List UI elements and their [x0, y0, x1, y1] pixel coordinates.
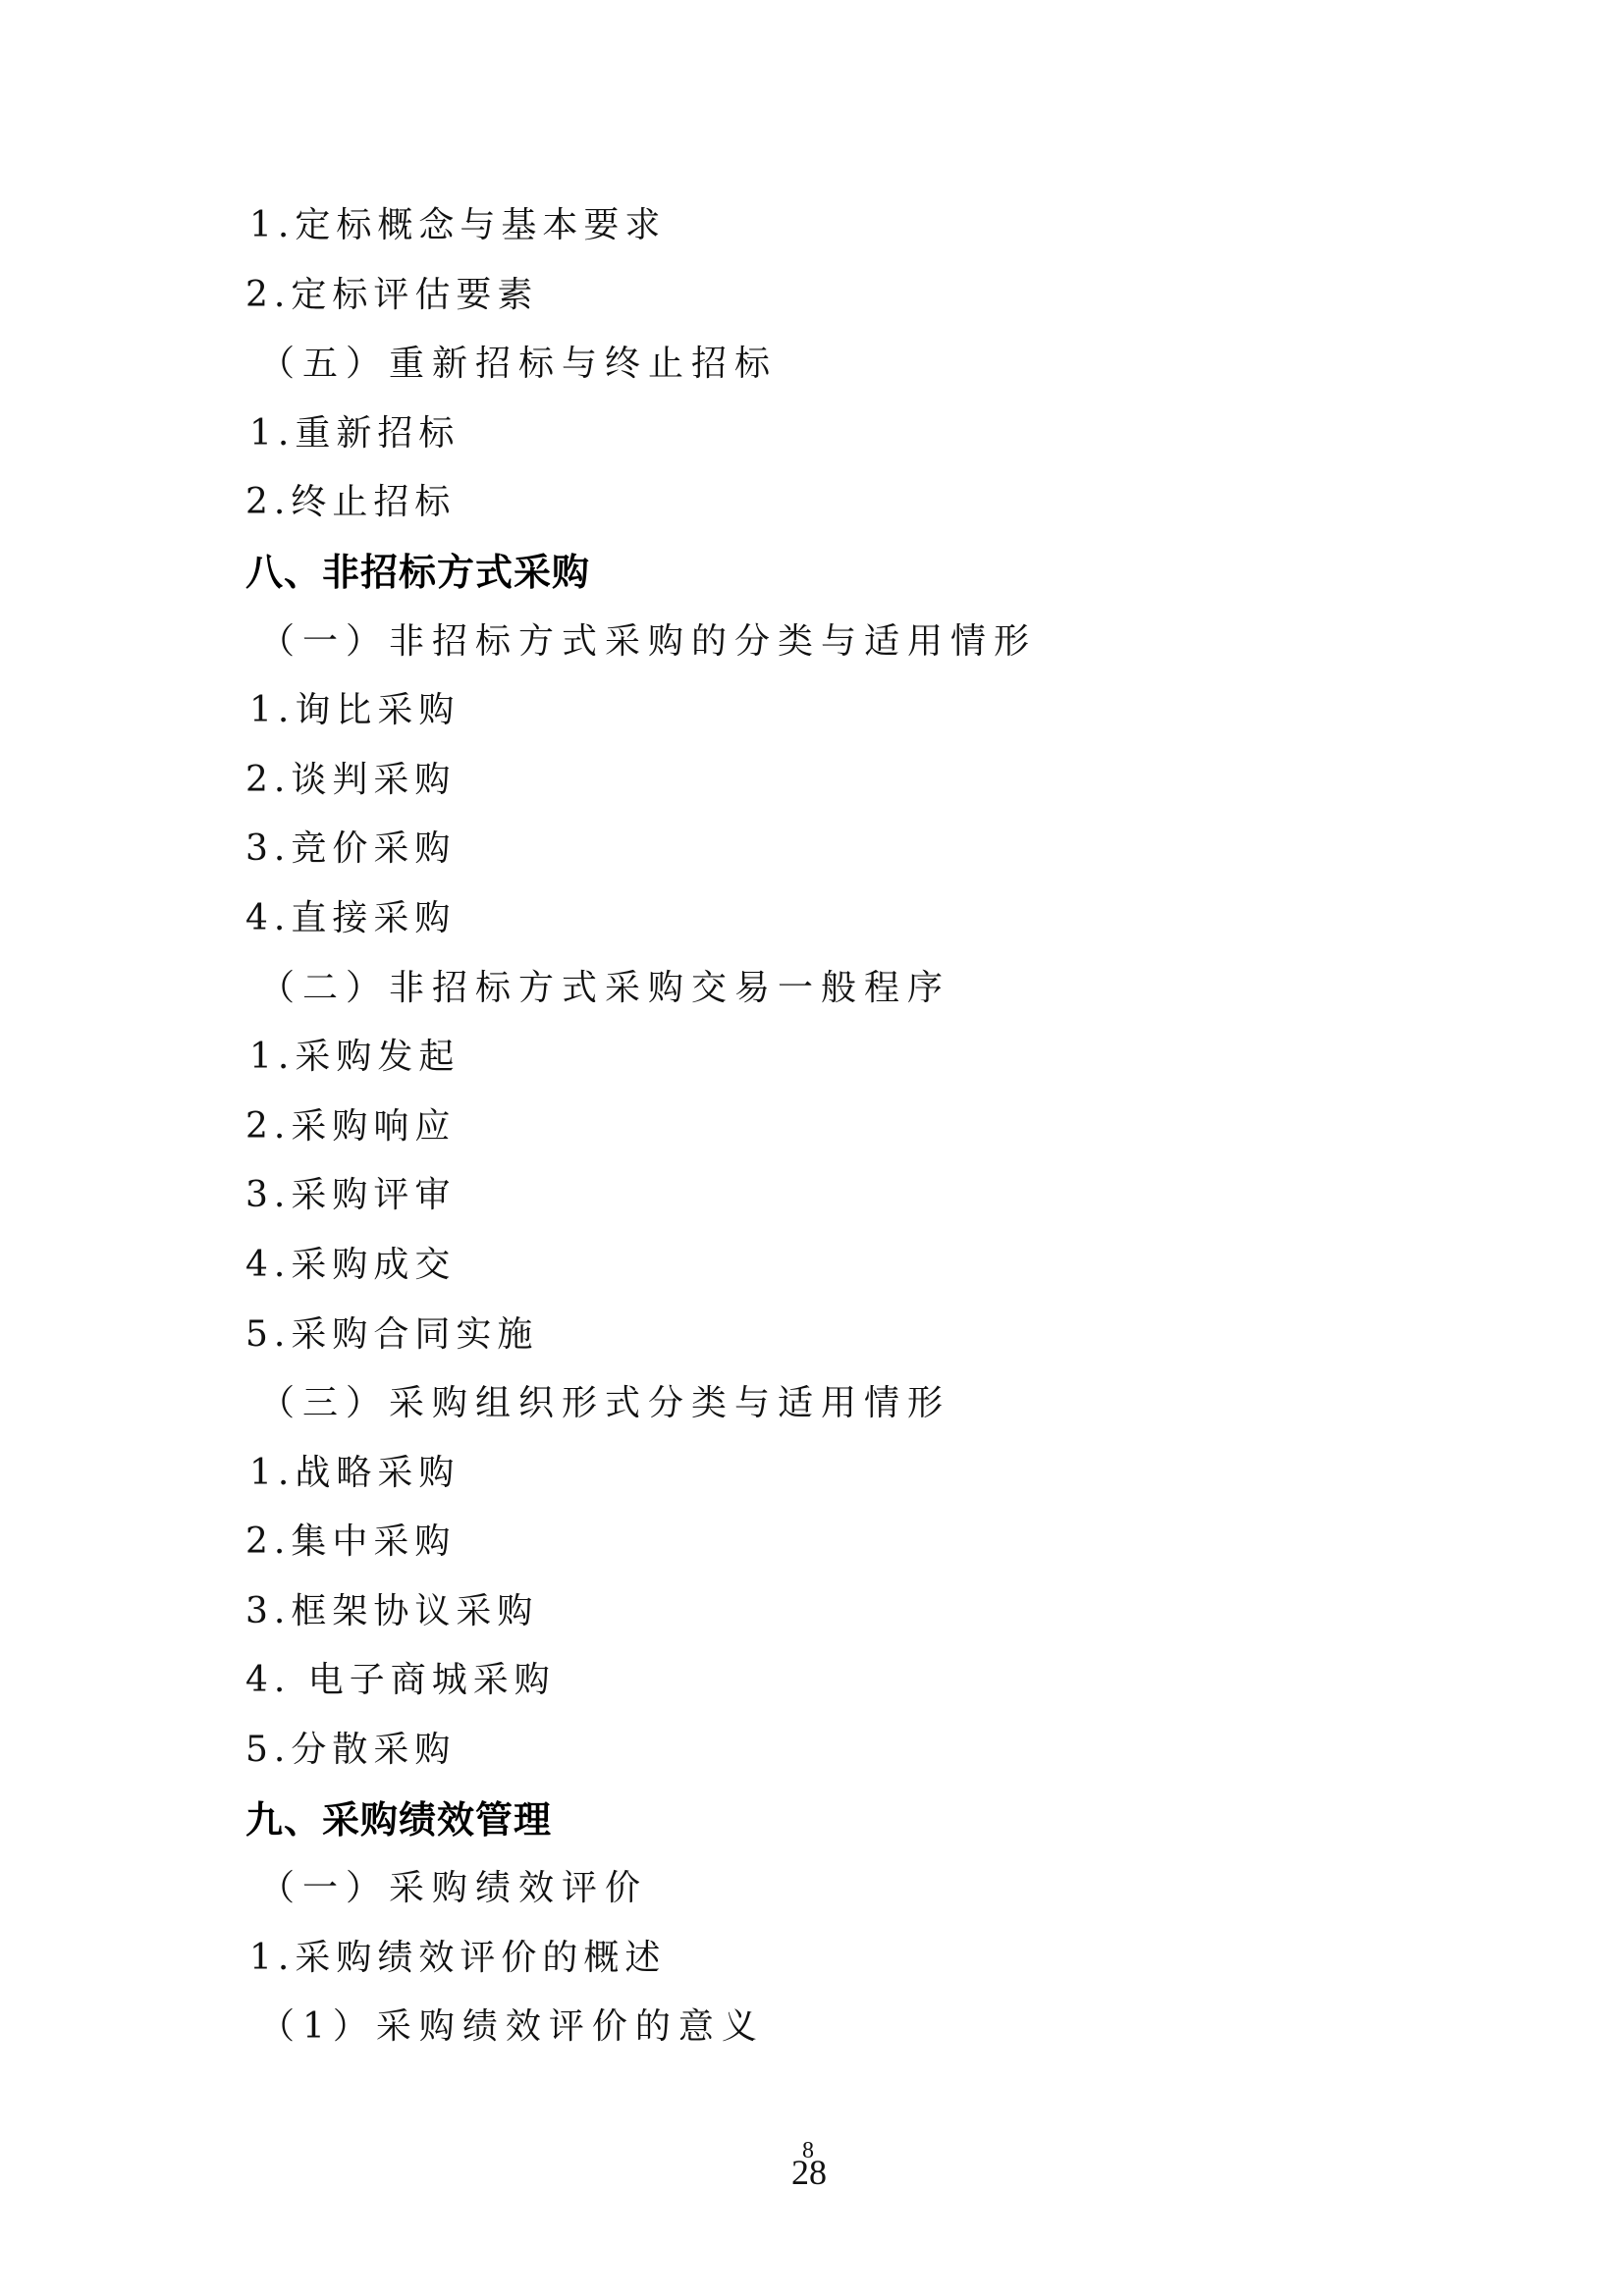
section-heading: 九、采购绩效管理	[245, 1792, 1424, 1862]
outline-item: 5.采购合同实施	[245, 1308, 1424, 1377]
outline-item: 5.分散采购	[245, 1723, 1424, 1792]
section-heading: 八、非招标方式采购	[245, 545, 1424, 614]
page-number: 28 8	[791, 2152, 827, 2193]
outline-item: 3.采购评审	[245, 1168, 1424, 1238]
outline-item: 2.集中采购	[245, 1515, 1424, 1584]
outline-subsection: （1）采购绩效评价的意义	[245, 2000, 1424, 2069]
outline-subsection: （三）采购组织形式分类与适用情形	[245, 1376, 1424, 1446]
outline-item: 1.战略采购	[245, 1446, 1424, 1516]
page-number-overlap-artifact: 8	[802, 2138, 814, 2164]
outline-item: 1.询比采购	[245, 683, 1424, 753]
outline-item: 1.重新招标	[245, 406, 1424, 476]
outline-item: 2.终止招标	[245, 475, 1424, 545]
outline-item: 1.采购绩效评价的概述	[245, 1931, 1424, 2001]
document-page: 1.定标概念与基本要求 2.定标评估要素 （五）重新招标与终止招标 1.重新招标…	[0, 0, 1624, 2296]
outline-subsection: （一）非招标方式采购的分类与适用情形	[245, 614, 1424, 684]
outline-item: 4. 电子商城采购	[245, 1653, 1424, 1723]
outline-subsection: （一）采购绩效评价	[245, 1861, 1424, 1931]
outline-item: 1.采购发起	[245, 1030, 1424, 1099]
outline-item: 3.竞价采购	[245, 822, 1424, 891]
outline-item: 1.定标概念与基本要求	[245, 198, 1424, 268]
outline-item: 2.采购响应	[245, 1099, 1424, 1169]
outline-item: 4.采购成交	[245, 1238, 1424, 1308]
outline-body: 1.定标概念与基本要求 2.定标评估要素 （五）重新招标与终止招标 1.重新招标…	[245, 198, 1424, 2069]
outline-item: 2.谈判采购	[245, 753, 1424, 823]
outline-item: 3.框架协议采购	[245, 1584, 1424, 1654]
outline-item: 4.直接采购	[245, 891, 1424, 961]
outline-subsection: （二）非招标方式采购交易一般程序	[245, 961, 1424, 1031]
outline-subsection: （五）重新招标与终止招标	[245, 337, 1424, 406]
outline-item: 2.定标评估要素	[245, 268, 1424, 338]
